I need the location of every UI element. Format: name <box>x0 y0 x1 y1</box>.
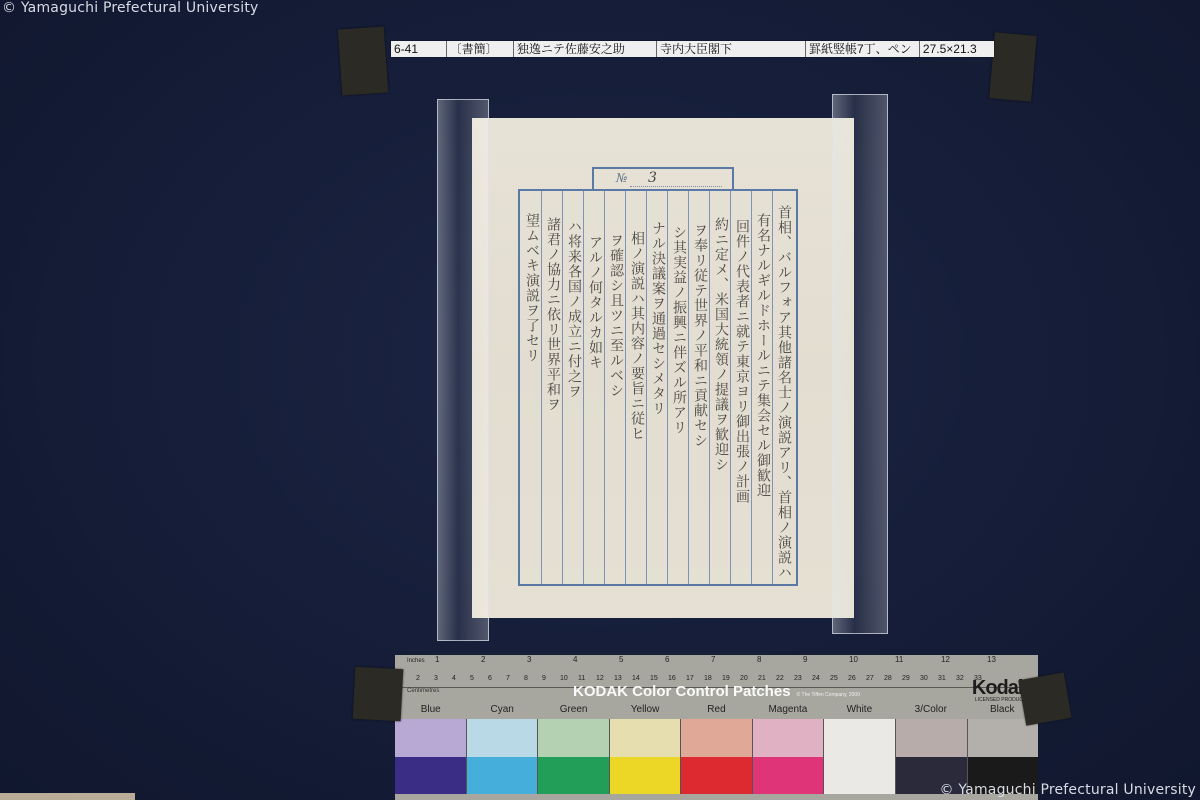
inch-tick: 9 <box>803 655 807 664</box>
acrylic-clip-left <box>437 99 489 641</box>
cm-tick: 21 <box>758 675 766 682</box>
patch-red <box>681 719 753 794</box>
handwritten-column: 有名ナルギルドホールニテ集会セル御歓迎 <box>753 213 773 498</box>
catalog-category: 〔書簡〕 <box>447 41 514 57</box>
cm-tick: 12 <box>596 675 604 682</box>
page-number: 3 <box>648 170 657 186</box>
cm-tick: 15 <box>650 675 658 682</box>
cm-tick: 10 <box>560 675 568 682</box>
cm-tick: 6 <box>488 675 492 682</box>
handwritten-column: ナル決議案ヲ通過セシメタリ <box>648 221 668 416</box>
inch-tick: 6 <box>665 655 669 664</box>
cm-tick: 19 <box>722 675 730 682</box>
cm-tick: 3 <box>434 675 438 682</box>
page-number-prefix: № <box>616 171 627 185</box>
cm-tick: 18 <box>704 675 712 682</box>
catalog-id: 6-41 <box>391 41 447 57</box>
cm-tick: 8 <box>524 675 528 682</box>
patch-name-magenta: Magenta <box>752 704 823 718</box>
inch-tick: 10 <box>849 655 858 664</box>
cm-tick: 26 <box>848 675 856 682</box>
cm-tick: 14 <box>632 675 640 682</box>
patch-cyan <box>467 719 539 794</box>
inch-tick: 7 <box>711 655 715 664</box>
inch-tick: 3 <box>527 655 531 664</box>
cm-tick: 24 <box>812 675 820 682</box>
patch-white <box>824 719 896 794</box>
cm-tick: 5 <box>470 675 474 682</box>
catalog-size: 27.5×21.3 <box>920 41 994 57</box>
cm-tick: 16 <box>668 675 676 682</box>
patch-name-3color: 3/Color <box>895 704 966 718</box>
handwritten-column: 相ノ演説ハ其内容ノ要旨ニ従ヒ <box>627 231 647 441</box>
inch-tick: 11 <box>895 655 903 664</box>
inches-label: Inches <box>407 658 425 664</box>
cm-tick: 9 <box>542 675 546 682</box>
patch-green <box>538 719 610 794</box>
kodak-color-control-strip: Inches 1 2 3 4 5 6 7 8 9 10 11 12 13 1 2… <box>395 655 1038 800</box>
handwritten-column: 首相、バルフォア其他諸名士ノ演説アリ、首相ノ演説ハ <box>774 205 794 580</box>
handwritten-column: ヲ確認シ且ツニ至ルベシ <box>606 233 626 398</box>
copyright-watermark-bottom: © Yamaguchi Prefectural University <box>940 782 1197 798</box>
kodak-title: KODAK Color Control Patches© The Tiffen … <box>395 683 1038 700</box>
cm-tick: 17 <box>686 675 694 682</box>
catalog-material: 罫紙竪帳7丁、ペン <box>806 41 920 57</box>
cm-tick: 13 <box>614 675 622 682</box>
handwritten-column: 回件ノ代表者ニ就テ東京ヨリ御出張ノ計画 <box>732 219 752 504</box>
cm-tick: 31 <box>938 675 946 682</box>
cm-tick: 23 <box>794 675 802 682</box>
inch-tick: 2 <box>481 655 485 664</box>
patch-name-red: Red <box>681 704 752 718</box>
page-number-underline <box>630 186 722 187</box>
inch-tick: 8 <box>757 655 761 664</box>
inch-tick: 4 <box>573 655 577 664</box>
inch-tick: 1 <box>435 655 439 664</box>
catalog-sender: 独逸ニテ佐藤安之助 <box>514 41 657 57</box>
kodak-title-text: KODAK Color Control Patches <box>573 683 791 700</box>
patch-yellow <box>610 719 682 794</box>
cm-tick: 22 <box>776 675 784 682</box>
patch-names: Blue Cyan Green Yellow Red Magenta White… <box>395 704 1038 718</box>
acrylic-clip-right <box>832 94 888 634</box>
inch-tick: 13 <box>987 655 996 664</box>
tiffen-copyright: © The Tiffen Company, 2000 <box>797 692 860 698</box>
handwritten-column: 約ニ定メ、米国大統領ノ提議ヲ歓迎シ <box>711 217 731 472</box>
cm-tick: 7 <box>506 675 510 682</box>
copyright-watermark-top: © Yamaguchi Prefectural University <box>2 0 259 16</box>
page-number-box: № 3 <box>592 167 734 191</box>
patch-name-yellow: Yellow <box>609 704 680 718</box>
catalog-label: 6-41 〔書簡〕 独逸ニテ佐藤安之助 寺内大臣閣下 罫紙竪帳7丁、ペン 27.… <box>391 41 994 57</box>
catalog-recipient: 寺内大臣閣下 <box>657 41 806 57</box>
handwritten-column: 望ムベキ演説ヲ了セリ <box>522 213 542 363</box>
cm-tick: 25 <box>830 675 838 682</box>
inch-tick: 5 <box>619 655 623 664</box>
tape-top-left <box>338 26 388 95</box>
handwritten-column: シ其実益ノ振興ニ伴ズル所アリ <box>669 225 689 435</box>
cm-tick: 29 <box>902 675 910 682</box>
patch-name-cyan: Cyan <box>466 704 537 718</box>
patch-name-green: Green <box>538 704 609 718</box>
cm-tick: 27 <box>866 675 874 682</box>
cm-tick: 4 <box>452 675 456 682</box>
cm-tick: 30 <box>920 675 928 682</box>
tape-top-right <box>989 32 1037 101</box>
cm-tick: 28 <box>884 675 892 682</box>
cm-tick: 11 <box>578 675 585 682</box>
patch-blue <box>395 719 467 794</box>
handwritten-column: 諸君ノ協力ニ依リ世界平和ヲ <box>543 217 563 412</box>
handwritten-column: ハ将来各国ノ成立ニ付之ヲ <box>564 219 584 399</box>
patch-name-white: White <box>824 704 895 718</box>
cm-tick: 2 <box>416 675 420 682</box>
paper-edge-bottom-left <box>0 793 135 800</box>
ruled-writing-area: 首相、バルフォア其他諸名士ノ演説アリ、首相ノ演説ハ 有名ナルギルドホールニテ集会… <box>518 189 798 586</box>
tape-bottom-right <box>1018 672 1071 725</box>
patch-name-blue: Blue <box>395 704 466 718</box>
patch-magenta <box>753 719 825 794</box>
kodak-licensed: LICENSED PRODUCT <box>975 697 1026 703</box>
handwritten-column: ヲ奉リ従テ世界ノ平和ニ貢献セシ <box>690 223 710 448</box>
cm-tick: 20 <box>740 675 748 682</box>
handwritten-column: アルノ何タルカ如キ <box>585 235 605 370</box>
cm-tick: 32 <box>956 675 964 682</box>
inch-tick: 12 <box>941 655 950 664</box>
tape-bottom-left <box>353 667 404 721</box>
